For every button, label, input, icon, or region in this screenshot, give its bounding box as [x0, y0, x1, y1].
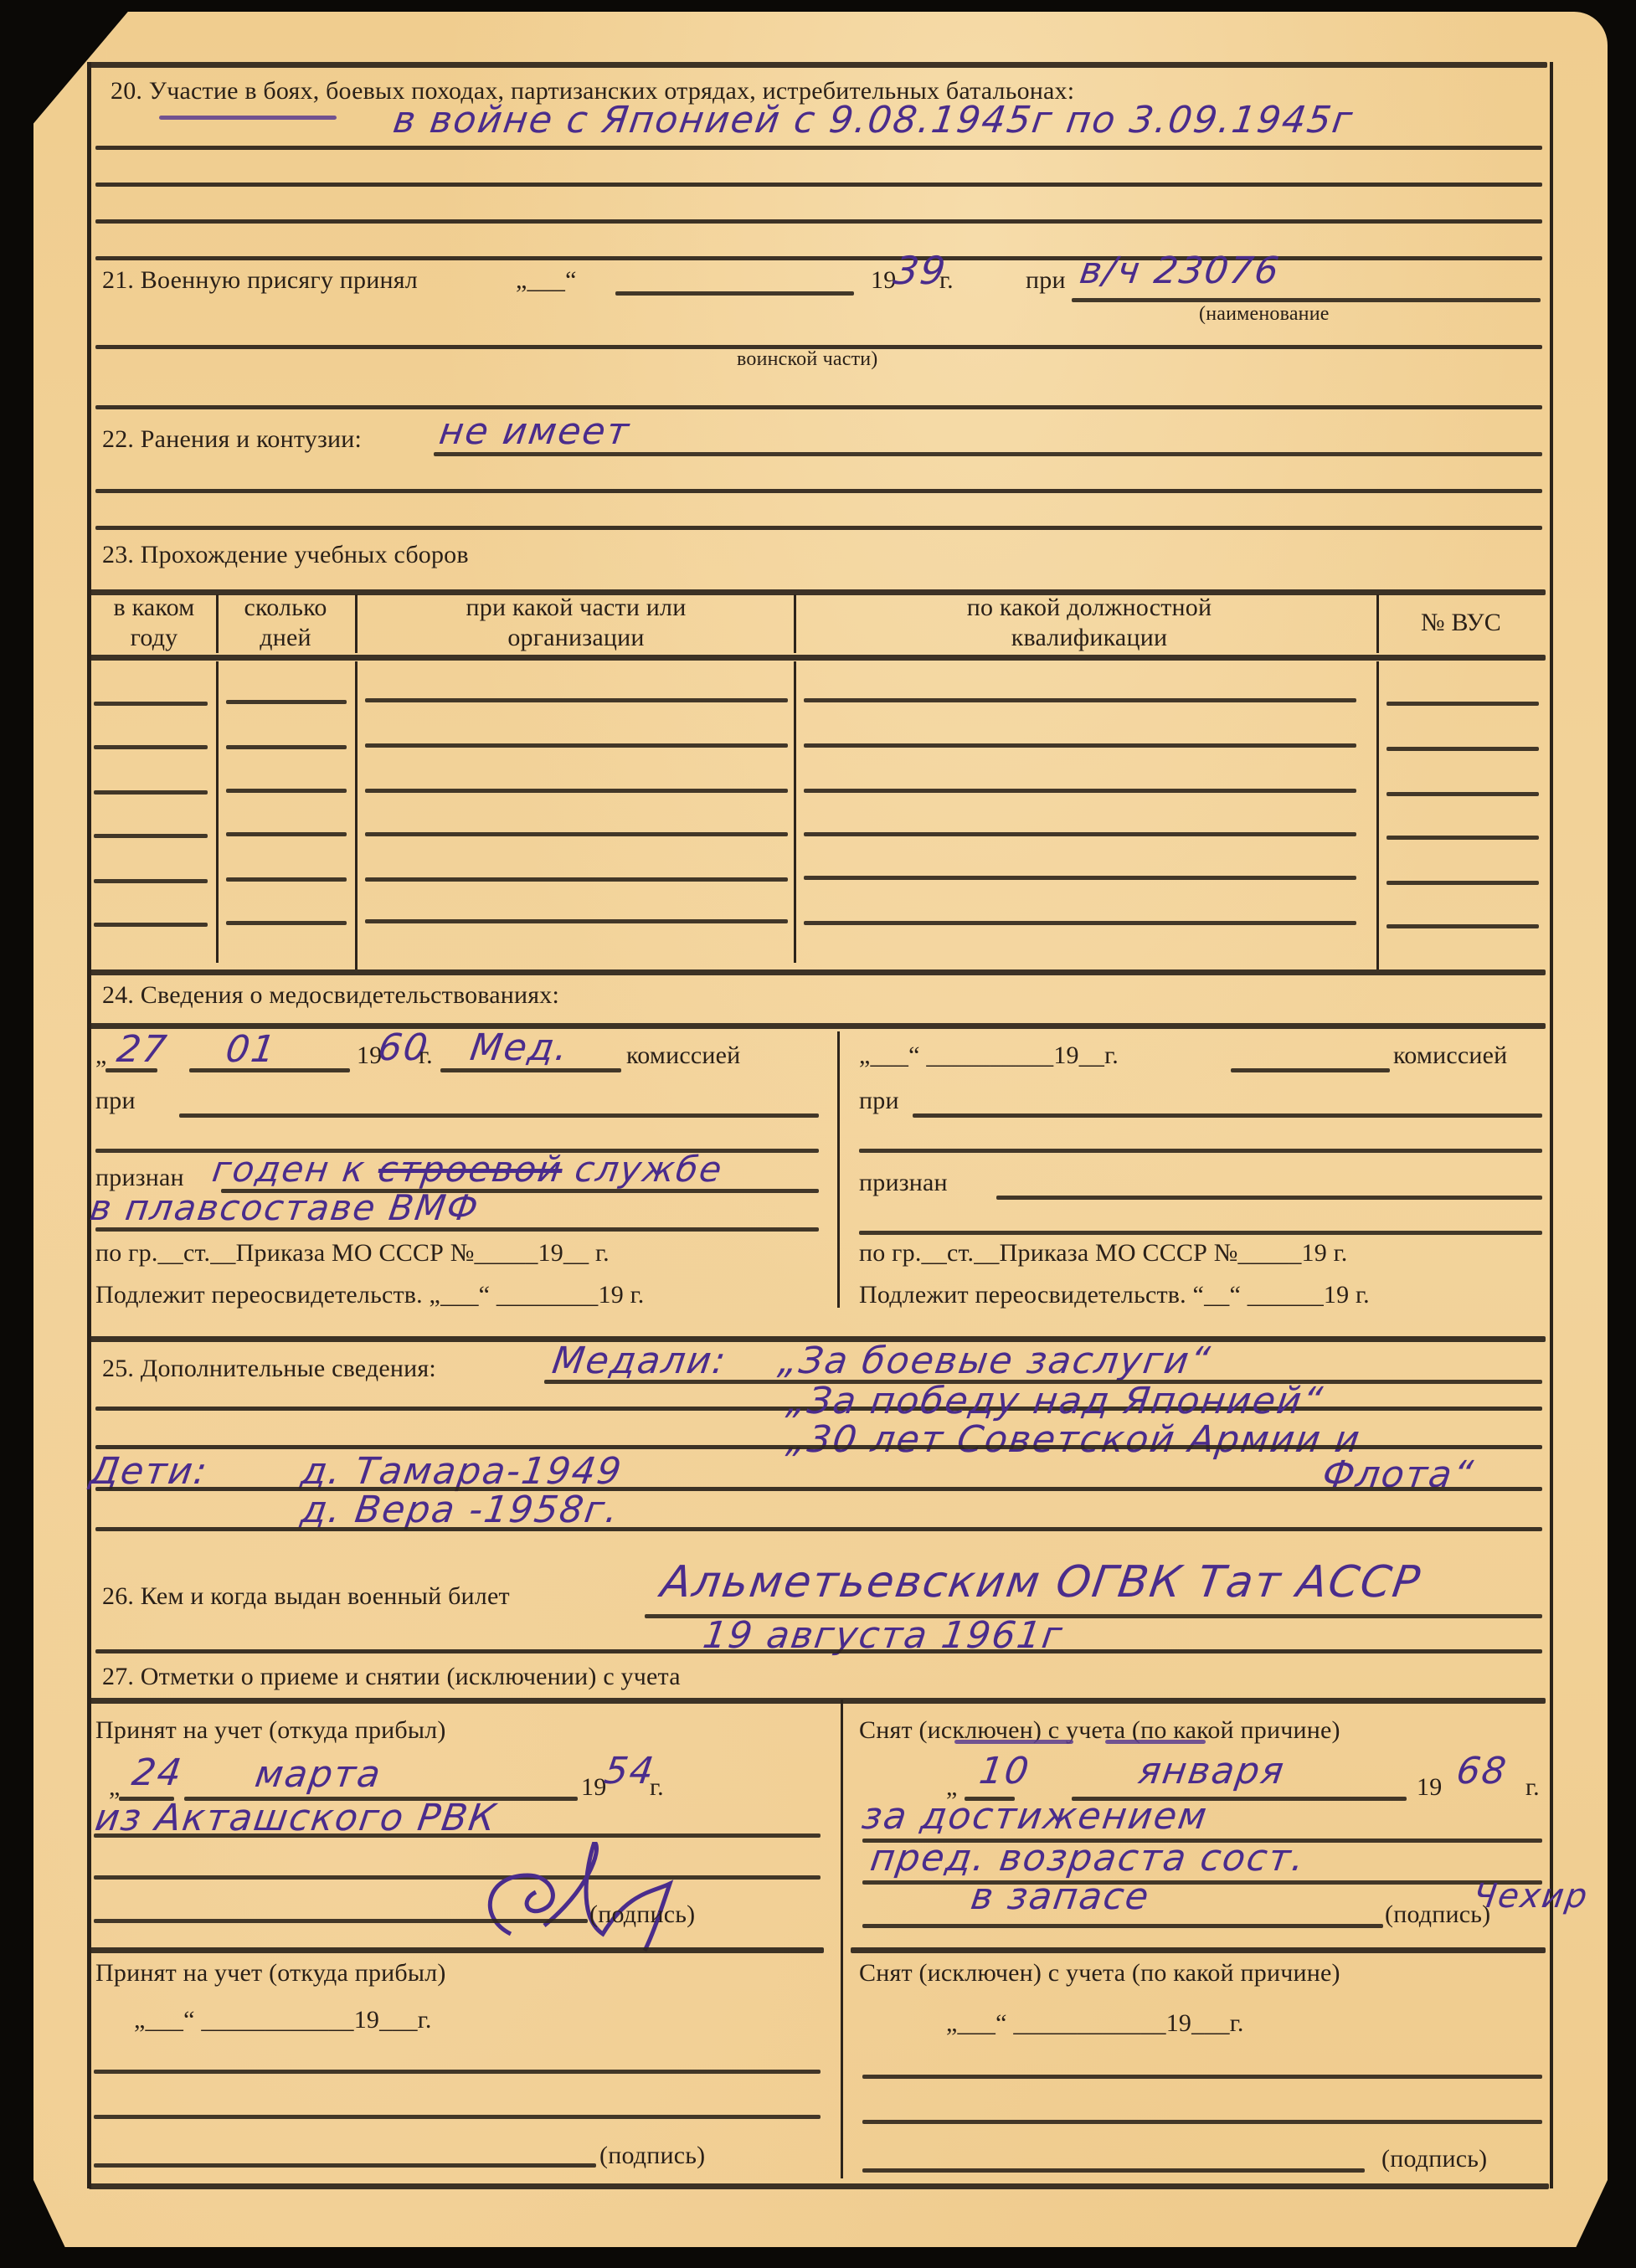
col-divider: [794, 661, 796, 963]
col-header-qualification: по какой должностнойквалификации: [800, 593, 1378, 653]
bottom-border: [89, 2183, 1549, 2189]
blank-line: [95, 146, 1542, 150]
removed-note-3: в запасе: [968, 1875, 1152, 1918]
col-header-year: в какомгоду: [94, 593, 214, 653]
s23-label: 23. Прохождение учебных сборов: [102, 541, 469, 569]
removed-note-1: за достижением: [859, 1795, 1211, 1838]
s24-left-order-line: по гр.__ст.__Приказа МО СССР №_____19__ …: [95, 1239, 610, 1268]
accepted-day: 24: [129, 1751, 185, 1794]
table-bottom-border: [89, 969, 1546, 975]
col-divider: [794, 594, 796, 653]
s24-right-date-line: „___“ __________19__г.: [859, 1041, 1119, 1070]
accepted-date-line-2: „___“ ____________19___г.: [134, 2006, 432, 2034]
s24-right-reexam-line: Подлежит переосвидетельств. “__“ ______1…: [859, 1281, 1370, 1309]
blank-line: [95, 256, 1542, 260]
s21-at-label: при: [1026, 266, 1066, 295]
col-divider: [1376, 594, 1379, 653]
s21-date-prefix: „___“: [516, 266, 577, 295]
divider: [87, 62, 1547, 68]
col-header-days: сколькодней: [219, 593, 352, 653]
s20-value: в войне с Японией с 9.08.1945г по 3.09.1…: [390, 99, 1356, 141]
s24-left-month: 01: [223, 1028, 279, 1071]
s21-caption-2: воинской части): [737, 348, 878, 371]
s21-label: 21. Военную присягу принял: [102, 266, 418, 295]
blank-line: [95, 489, 1542, 493]
s24-left-recognized-value-1: годен к строевой службе: [210, 1149, 726, 1190]
s24-left-at-label: при: [95, 1087, 136, 1115]
removed-title: Снят (исключен) с учета (по какой причин…: [859, 1716, 1340, 1745]
s26-label: 26. Кем и когда выдан военный билет: [102, 1582, 510, 1611]
underline-mark: [1105, 1740, 1206, 1744]
s24-right-recognized-label: признан: [859, 1169, 948, 1197]
s25-medal-2: „За победу над Японией“: [784, 1380, 1326, 1422]
underline-mark: [159, 116, 337, 120]
removed-year-suffix: г.: [1525, 1773, 1540, 1802]
removed-day: 10: [976, 1750, 1032, 1792]
divider: [95, 526, 1542, 530]
accepted-year-suffix: г.: [650, 1773, 664, 1802]
blank-line: [434, 452, 1542, 456]
blank-line: [95, 1445, 1542, 1449]
removed-date-line-2: „___“ ____________19___г.: [946, 2009, 1244, 2038]
s24-left-commission-label: комиссией: [626, 1041, 740, 1070]
s24-left-day: 27: [114, 1028, 170, 1071]
accepted-title: Принят на учет (откуда прибыл): [95, 1716, 446, 1745]
accepted-title-2: Принят на учет (откуда прибыл): [95, 1959, 446, 1988]
date-blank: [615, 291, 854, 296]
divider: [95, 405, 1542, 409]
accepted-sign-caption: (подпись): [589, 1900, 695, 1929]
s24-right-at-label: при: [859, 1087, 899, 1115]
blank-line: [95, 1527, 1542, 1531]
s24-right-commission-label: комиссией: [1393, 1041, 1507, 1070]
s24-left-year-suffix: г.: [419, 1041, 433, 1070]
col-divider: [216, 661, 219, 963]
s25-medal-3: „30 лет Советской Армии и: [784, 1418, 1363, 1461]
s22-label: 22. Ранения и контузии:: [102, 425, 362, 454]
removed-signature: Чехир: [1471, 1877, 1592, 1916]
blank-line: [95, 183, 1542, 187]
col-header-vus: № ВУС: [1381, 608, 1541, 638]
s21-unit-value: в/ч 23076: [1077, 249, 1283, 292]
underline-mark: [954, 1740, 1073, 1744]
column-divider: [837, 1031, 840, 1308]
s25-medals-label: Медали:: [549, 1340, 729, 1382]
s25-label: 25. Дополнительные сведения:: [102, 1355, 436, 1383]
table-header-border: [89, 655, 1546, 661]
s24-label: 24. Сведения о медосвидетельствованиях:: [102, 981, 559, 1010]
divider: [89, 1023, 1546, 1029]
s24-right-order-line: по гр.__ст.__Приказа МО СССР №_____19 г.: [859, 1239, 1347, 1268]
divider: [851, 1947, 1546, 1953]
removed-month: января: [1135, 1750, 1288, 1792]
s24-left-recognized-value-2: в плавсоставе ВМФ: [88, 1187, 482, 1228]
s24-left-commission-value: Мед.: [467, 1026, 572, 1069]
removed-year: 68: [1453, 1750, 1510, 1792]
removed-year-prefix: 19: [1417, 1773, 1442, 1802]
unit-blank: [1072, 298, 1541, 302]
accepted-month: марта: [252, 1753, 384, 1796]
s21-year-suffix: г.: [939, 266, 954, 295]
col-divider: [355, 661, 358, 969]
s27-label: 27. Отметки о приеме и снятии (исключени…: [102, 1663, 681, 1691]
s21-caption-1: (наименование: [1199, 303, 1330, 326]
accepted-sign-caption-2: (подпись): [599, 2142, 705, 2170]
s22-value: не имеет: [436, 410, 633, 453]
divider: [89, 1698, 1546, 1704]
col-divider: [216, 594, 219, 653]
column-divider: [841, 1700, 843, 2178]
removed-sign-caption-2: (подпись): [1381, 2145, 1487, 2173]
col-divider: [1376, 661, 1379, 969]
s25-medal-1: „За боевые заслуги“: [775, 1340, 1213, 1382]
col-divider: [355, 594, 358, 653]
col-header-unit: при какой части илиорганизации: [358, 593, 794, 653]
s26-value-1: Альметьевским ОГВК Тат АССР: [658, 1557, 1424, 1607]
removed-note-2: пред. возраста сост.: [867, 1837, 1308, 1880]
blank-line: [95, 219, 1542, 224]
removed-title-2: Снят (исключен) с учета (по какой причин…: [859, 1959, 1340, 1988]
divider: [89, 1947, 824, 1953]
form-frame: [87, 62, 1553, 2188]
divider: [95, 1649, 1542, 1653]
s25-child-2: д. Вера -1958г.: [298, 1489, 622, 1531]
s24-left-reexam-line: Подлежит переосвидетельств. „___“ ______…: [95, 1281, 644, 1309]
